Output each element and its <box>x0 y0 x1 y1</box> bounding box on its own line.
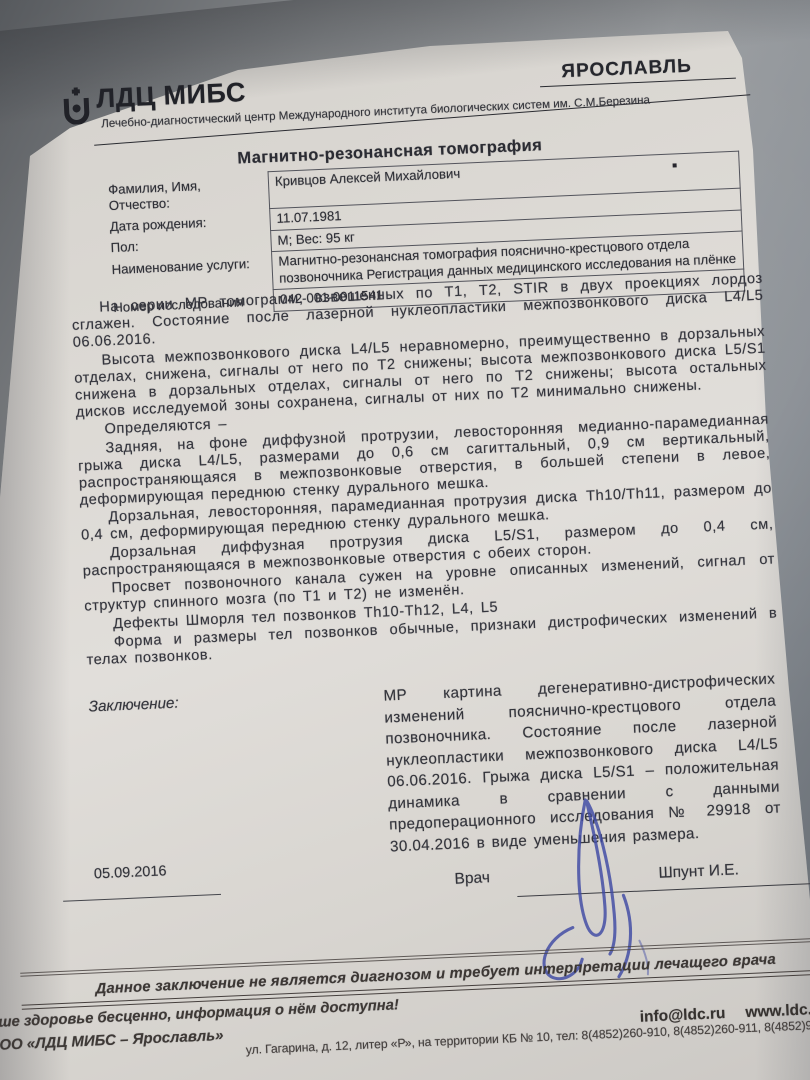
footer-address: ул. Гагарина, д. 12, литер «Р», на терри… <box>246 1017 810 1057</box>
mibs-logo-icon <box>62 86 92 130</box>
patient-name: Кривцов Алексей Михайлович <box>275 166 461 189</box>
date-underline <box>63 894 221 902</box>
clinic-logo-text: ЛДЦ МИБС <box>96 79 247 113</box>
report-date: 05.09.2016 <box>94 863 167 882</box>
conclusion-label: Заключение: <box>88 686 390 871</box>
doctor-label: Врач <box>454 869 490 889</box>
findings-text: На серии МР томограмм, взвешенных по Т1,… <box>71 271 779 671</box>
photo-of-document: ЯРОСЛАВЛЬ ЛДЦ МИБС Лечебно-диагностическ… <box>0 0 810 1080</box>
document-content: ЯРОСЛАВЛЬ ЛДЦ МИБС Лечебно-диагностическ… <box>40 19 804 1079</box>
ink-dot-artifact <box>673 163 677 167</box>
region-label: ЯРОСЛАВЛЬ <box>561 56 692 84</box>
